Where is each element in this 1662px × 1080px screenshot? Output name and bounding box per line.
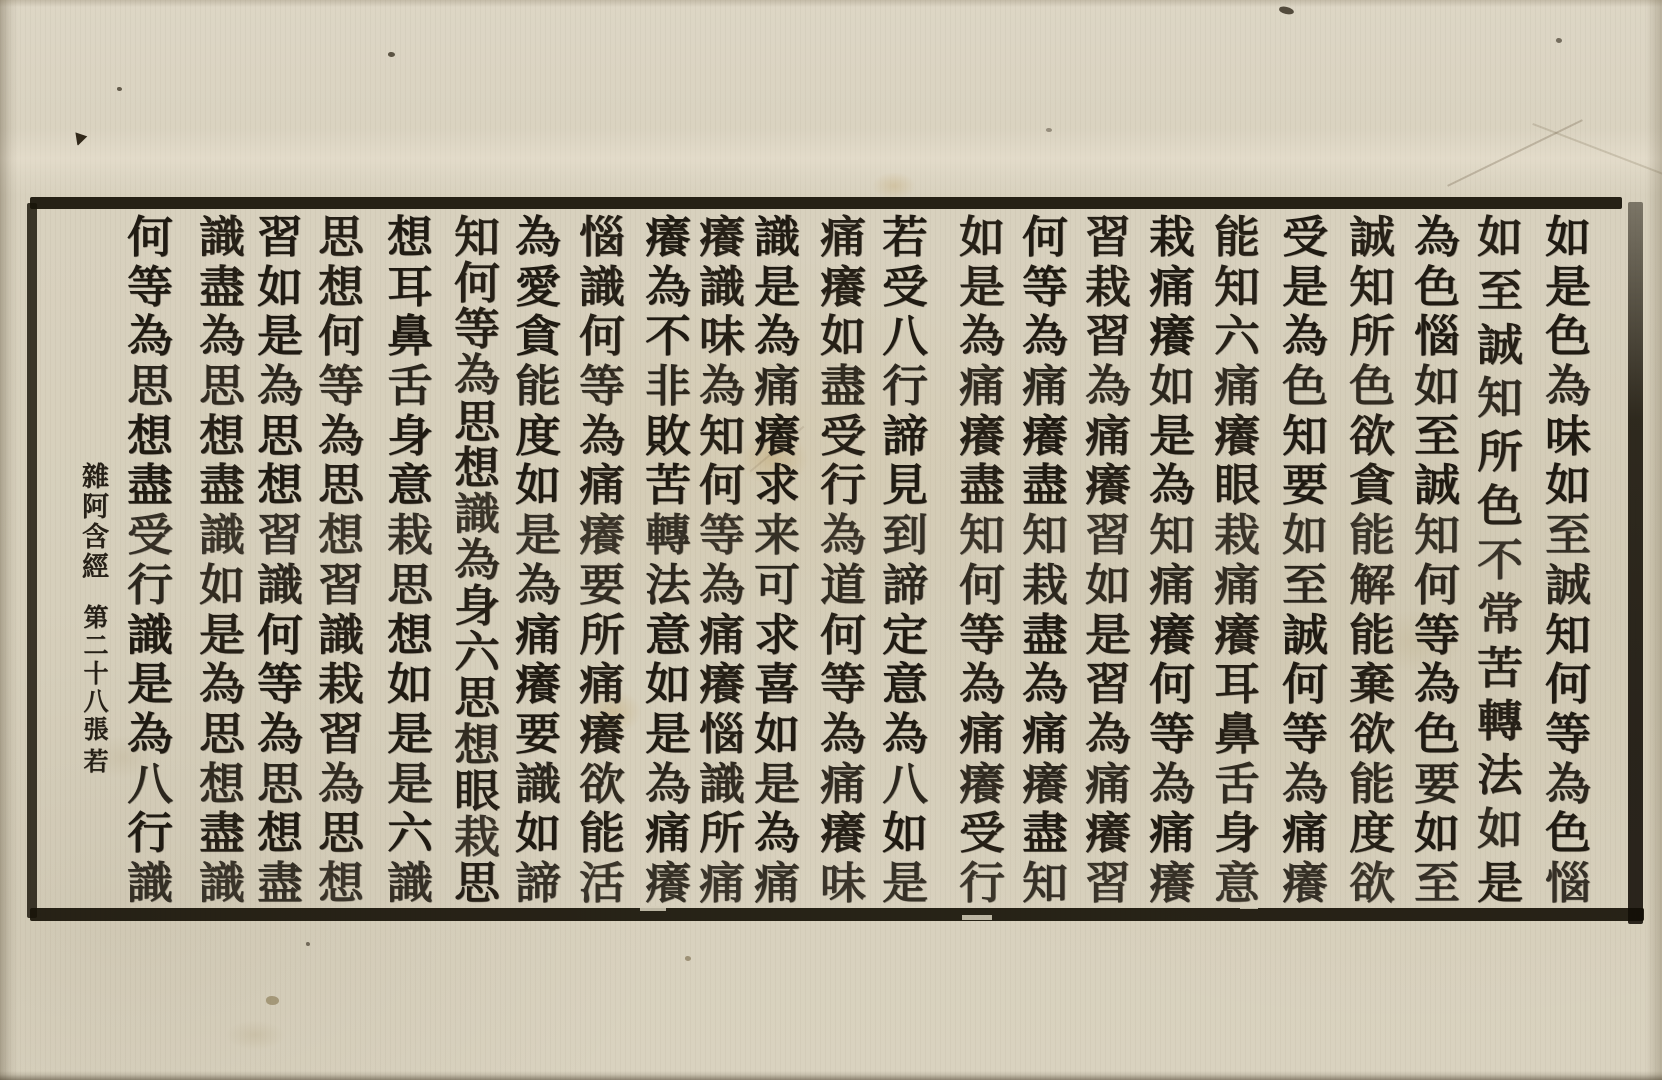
- glyph: 痛: [1085, 763, 1131, 807]
- glyph: 至: [1414, 862, 1460, 906]
- glyph: 苦: [1477, 647, 1523, 691]
- text-column-14: 癢識味為知何等為痛癢惱識所痛: [695, 216, 749, 906]
- glyph: 行: [882, 365, 928, 409]
- glyph: 習: [1085, 315, 1131, 359]
- glyph: 六: [387, 812, 433, 856]
- glyph: 痛: [645, 812, 691, 856]
- glyph: 痛: [579, 663, 625, 707]
- glyph: 舌: [387, 365, 433, 409]
- glyph: 如: [1545, 216, 1591, 260]
- glyph: 敗: [645, 415, 691, 459]
- glyph: 是: [1282, 266, 1328, 310]
- glyph: 為: [127, 713, 173, 757]
- glyph: 思: [318, 216, 364, 260]
- glyph: 為: [754, 812, 800, 856]
- sheet-number: 第二十八張: [72, 604, 112, 744]
- glyph: 何: [820, 614, 866, 658]
- glyph: 貪: [515, 315, 561, 359]
- glyph: 六: [1214, 315, 1260, 359]
- glyph: 為: [1545, 763, 1591, 807]
- glyph: 知: [1022, 862, 1068, 906]
- glyph: 如: [515, 464, 561, 508]
- glyph: 能: [579, 812, 625, 856]
- glyph: 行: [959, 862, 1005, 906]
- text-column-23: 何等為思想盡受行識是為八行識: [123, 216, 177, 906]
- glyph: 癢: [959, 763, 1005, 807]
- glyph: 為: [515, 216, 561, 260]
- glyph: 何: [1545, 663, 1591, 707]
- glyph: 等: [318, 365, 364, 409]
- glyph: 能: [515, 365, 561, 409]
- glyph: 為: [1414, 663, 1460, 707]
- glyph: 所: [699, 812, 745, 856]
- glyph: 色: [1477, 485, 1523, 529]
- glyph: 習: [1085, 514, 1131, 558]
- glyph: 想: [199, 415, 245, 459]
- glyph: 求: [754, 614, 800, 658]
- glyph: 為: [1149, 464, 1195, 508]
- glyph: 常: [1477, 593, 1523, 637]
- glyph: 為: [1282, 315, 1328, 359]
- glyph: 等: [959, 614, 1005, 658]
- glyph: 痛: [515, 614, 561, 658]
- glyph: 痛: [699, 614, 745, 658]
- glyph: 思: [454, 401, 500, 445]
- glyph: 為: [959, 663, 1005, 707]
- glyph: 痛: [699, 862, 745, 906]
- glyph: 為: [515, 564, 561, 608]
- glyph: 所: [579, 614, 625, 658]
- glyph: 如: [959, 216, 1005, 260]
- glyph: 至: [1414, 415, 1460, 459]
- glyph: 思: [454, 862, 500, 906]
- glyph: 惱: [1414, 315, 1460, 359]
- glyph: 為: [1085, 365, 1131, 409]
- glyph: 何: [1022, 216, 1068, 260]
- sutra-text-block: 如是色為味如至誠知何等為色惱如至誠知所色不常苦轉法如是為色惱如至誠知何等為色要如…: [0, 0, 1662, 1080]
- glyph: 習: [318, 564, 364, 608]
- ink-speck: [266, 996, 279, 1005]
- glyph: 是: [127, 663, 173, 707]
- glyph: 習: [1085, 862, 1131, 906]
- glyph: 欲: [1349, 862, 1395, 906]
- glyph: 癢: [820, 266, 866, 310]
- glyph: 想: [127, 415, 173, 459]
- glyph: 棄: [1349, 663, 1395, 707]
- glyph: 要: [515, 713, 561, 757]
- glyph: 盡: [127, 464, 173, 508]
- glyph: 癢: [1149, 315, 1195, 359]
- glyph: 等: [579, 365, 625, 409]
- glyph: 定: [882, 614, 928, 658]
- glyph: 非: [645, 365, 691, 409]
- glyph: 思: [257, 415, 303, 459]
- glyph: 如: [1149, 365, 1195, 409]
- glyph: 為: [882, 713, 928, 757]
- glyph: 要: [1414, 763, 1460, 807]
- glyph: 色: [1545, 812, 1591, 856]
- text-column-5: 受是為色知要如至誠何等為痛癢: [1278, 216, 1332, 906]
- glyph: 何: [1149, 663, 1195, 707]
- glyph: 盡: [199, 464, 245, 508]
- glyph: 為: [754, 315, 800, 359]
- glyph: 諦: [882, 415, 928, 459]
- glyph: 是: [515, 514, 561, 558]
- glyph: 識: [387, 862, 433, 906]
- glyph: 如: [387, 663, 433, 707]
- glyph: 痛: [754, 365, 800, 409]
- glyph: 等: [257, 663, 303, 707]
- text-column-16: 惱識何等為痛癢要所痛癢欲能活: [575, 216, 629, 906]
- glyph: 法: [645, 564, 691, 608]
- glyph: 何: [959, 564, 1005, 608]
- glyph: 欲: [579, 763, 625, 807]
- glyph: 知: [1282, 415, 1328, 459]
- glyph: 識: [754, 216, 800, 260]
- glyph: 意: [645, 614, 691, 658]
- glyph: 可: [754, 564, 800, 608]
- glyph: 盡: [1022, 464, 1068, 508]
- glyph: 轉: [645, 514, 691, 558]
- glyph: 色: [1414, 713, 1460, 757]
- glyph: 癢: [1149, 862, 1195, 906]
- glyph: 癢: [1022, 763, 1068, 807]
- glyph: 知: [1545, 614, 1591, 658]
- glyph: 誠: [1477, 324, 1523, 368]
- text-column-11: 若受八行諦見到諦定意為八如是: [878, 216, 932, 906]
- glyph: 盡: [820, 365, 866, 409]
- glyph: 痛: [1085, 415, 1131, 459]
- glyph: 為: [318, 763, 364, 807]
- text-column-19: 想耳鼻舌身意栽思想如是是六識: [383, 216, 437, 906]
- glyph: 如: [754, 713, 800, 757]
- glyph: 等: [1414, 614, 1460, 658]
- glyph: 如: [1414, 812, 1460, 856]
- glyph: 道: [820, 564, 866, 608]
- glyph: 行: [820, 464, 866, 508]
- glyph: 味: [820, 862, 866, 906]
- glyph: 身: [387, 415, 433, 459]
- glyph: 身: [1214, 812, 1260, 856]
- glyph: 行: [127, 564, 173, 608]
- glyph: 所: [1477, 431, 1523, 475]
- glyph: 是: [1477, 862, 1523, 906]
- glyph: 栽: [1085, 266, 1131, 310]
- glyph: 何: [127, 216, 173, 260]
- glyph: 如: [1085, 564, 1131, 608]
- glyph: 何: [699, 464, 745, 508]
- glyph: 為: [699, 564, 745, 608]
- glyph: 癢: [959, 415, 1005, 459]
- glyph: 鼻: [1214, 713, 1260, 757]
- glyph: 栽: [1214, 514, 1260, 558]
- glyph: 識: [515, 763, 561, 807]
- text-column-22: 識盡為思想盡識如是為思想盡識: [195, 216, 249, 906]
- text-column-9: 何等為痛癢盡知栽盡為痛癢盡知: [1018, 216, 1072, 906]
- glyph: 思: [127, 365, 173, 409]
- glyph: 思: [199, 713, 245, 757]
- glyph: 等: [1022, 266, 1068, 310]
- glyph: 如: [199, 564, 245, 608]
- glyph: 不: [645, 315, 691, 359]
- glyph: 誠: [1282, 614, 1328, 658]
- glyph: 何: [1414, 564, 1460, 608]
- text-column-10: 如是為痛癢盡知何等為痛癢受行: [955, 216, 1009, 906]
- glyph: 如: [1477, 216, 1523, 260]
- text-column-1: 如是色為味如至誠知何等為色惱: [1541, 216, 1595, 906]
- glyph: 何: [579, 315, 625, 359]
- glyph: 識: [127, 614, 173, 658]
- glyph: 是: [1149, 415, 1195, 459]
- glyph: 誠: [1545, 564, 1591, 608]
- glyph: 耳: [1214, 663, 1260, 707]
- glyph: 至: [1545, 514, 1591, 558]
- glyph: 誠: [1349, 216, 1395, 260]
- glyph: 耳: [387, 266, 433, 310]
- glyph: 栽: [1022, 564, 1068, 608]
- glyph: 惱: [1545, 862, 1591, 906]
- glyph: 癢: [699, 216, 745, 260]
- glyph: 是: [257, 315, 303, 359]
- glyph: 色: [1282, 365, 1328, 409]
- glyph: 癢: [1282, 862, 1328, 906]
- glyph: 色: [1545, 315, 1591, 359]
- glyph: 癢: [579, 514, 625, 558]
- glyph: 痛: [1149, 266, 1195, 310]
- glyph: 至: [1477, 270, 1523, 314]
- glyph: 貪: [1349, 464, 1395, 508]
- glyph: 行: [127, 812, 173, 856]
- text-column-7: 栽痛癢如是為知痛癢何等為痛癢: [1145, 216, 1199, 906]
- glyph: 如: [515, 812, 561, 856]
- glyph: 為: [645, 763, 691, 807]
- glyph: 痛: [1022, 365, 1068, 409]
- glyph: 知: [1349, 266, 1395, 310]
- glyph: 色: [1349, 365, 1395, 409]
- glyph: 盡: [257, 862, 303, 906]
- glyph: 識: [199, 514, 245, 558]
- glyph: 識: [127, 862, 173, 906]
- ink-speck: [388, 52, 395, 57]
- ink-speck: [685, 956, 691, 961]
- text-column-20: 思想何等為思想習識栽習為思想: [314, 216, 368, 906]
- glyph: 受: [820, 415, 866, 459]
- glyph: 是: [754, 266, 800, 310]
- glyph: 身: [454, 585, 500, 629]
- glyph: 是: [959, 266, 1005, 310]
- glyph: 痛: [1214, 365, 1260, 409]
- glyph: 要: [579, 564, 625, 608]
- glyph: 八: [882, 763, 928, 807]
- glyph: 是: [1545, 266, 1591, 310]
- glyph: 想: [454, 447, 500, 491]
- ink-speck: [306, 942, 310, 946]
- glyph: 識: [199, 216, 245, 260]
- glyph: 癢: [1085, 464, 1131, 508]
- glyph: 盡: [199, 812, 245, 856]
- glyph: 想: [257, 464, 303, 508]
- glyph: 不: [1477, 539, 1523, 583]
- ink-speck: [1556, 38, 1562, 43]
- text-column-12: 痛癢如盡受行為道何等為痛癢味: [816, 216, 870, 906]
- glyph: 能: [1214, 216, 1260, 260]
- glyph: 盡: [1022, 614, 1068, 658]
- glyph: 度: [1349, 812, 1395, 856]
- glyph: 見: [882, 464, 928, 508]
- glyph: 知: [454, 216, 500, 260]
- glyph: 為: [1085, 713, 1131, 757]
- text-column-4: 誠知所色欲貪能解能棄欲能度欲: [1345, 216, 1399, 906]
- glyph: 味: [1545, 415, 1591, 459]
- glyph: 癢: [699, 663, 745, 707]
- text-column-8: 習栽習為痛癢習如是習為痛癢習: [1081, 216, 1135, 906]
- glyph: 活: [579, 862, 625, 906]
- glyph: 等: [127, 266, 173, 310]
- glyph: 想: [318, 266, 364, 310]
- glyph: 轉: [1477, 700, 1523, 744]
- text-column-2: 如至誠知所色不常苦轉法如是: [1473, 216, 1527, 906]
- text-column-15: 癢為不非敗苦轉法意如是為痛癢: [641, 216, 695, 906]
- glyph: 是: [387, 763, 433, 807]
- glyph: 栽: [1149, 216, 1195, 260]
- glyph: 眼: [454, 770, 500, 814]
- glyph: 諦: [515, 862, 561, 906]
- glyph: 痛: [754, 862, 800, 906]
- glyph: 舌: [1214, 763, 1260, 807]
- glyph: 八: [882, 315, 928, 359]
- glyph: 等: [454, 308, 500, 352]
- glyph: 栽: [454, 816, 500, 860]
- glyph: 想: [387, 614, 433, 658]
- text-column-6: 能知六痛癢眼栽痛癢耳鼻舌身意: [1210, 216, 1264, 906]
- glyph: 想: [318, 514, 364, 558]
- glyph: 誠: [1414, 464, 1460, 508]
- glyph: 栽: [387, 514, 433, 558]
- glyph: 惱: [579, 216, 625, 260]
- glyph: 是: [882, 862, 928, 906]
- glyph: 受: [127, 514, 173, 558]
- glyph: 如: [1477, 808, 1523, 852]
- glyph: 知: [1022, 514, 1068, 558]
- glyph: 知: [1214, 266, 1260, 310]
- glyph: 盡: [1022, 812, 1068, 856]
- case-mark: 若: [72, 748, 112, 776]
- glyph: 若: [882, 216, 928, 260]
- glyph: 為: [959, 315, 1005, 359]
- glyph: 度: [515, 415, 561, 459]
- glyph: 習: [257, 514, 303, 558]
- glyph: 能: [1349, 763, 1395, 807]
- glyph: 想: [454, 724, 500, 768]
- glyph: 識: [454, 493, 500, 537]
- glyph: 為: [645, 266, 691, 310]
- glyph: 所: [1349, 315, 1395, 359]
- glyph: 想: [199, 763, 245, 807]
- glyph: 痛: [1149, 564, 1195, 608]
- glyph: 識: [699, 763, 745, 807]
- glyph: 意: [1214, 862, 1260, 906]
- glyph: 是: [387, 713, 433, 757]
- glyph: 痛: [1022, 713, 1068, 757]
- glyph: 意: [387, 464, 433, 508]
- glyph: 如: [645, 663, 691, 707]
- ink-speck: [117, 87, 122, 91]
- glyph: 痛: [1214, 564, 1260, 608]
- glyph: 如: [820, 315, 866, 359]
- glyph: 為: [1282, 763, 1328, 807]
- glyph: 等: [1545, 713, 1591, 757]
- glyph: 何: [1282, 663, 1328, 707]
- text-column-18: 知何等為思想識為身六思想眼栽思: [450, 216, 504, 906]
- glyph: 苦: [645, 464, 691, 508]
- glyph: 思: [257, 763, 303, 807]
- glyph: 知: [1414, 514, 1460, 558]
- glyph: 欲: [1349, 415, 1395, 459]
- glyph: 思: [454, 677, 500, 721]
- glyph: 如: [1545, 464, 1591, 508]
- text-column-17: 為愛貪能度如是為痛癢要識如諦: [511, 216, 565, 906]
- glyph: 癢: [820, 812, 866, 856]
- glyph: 盡: [199, 266, 245, 310]
- glyph: 是: [754, 763, 800, 807]
- glyph: 癢: [1214, 415, 1260, 459]
- glyph: 癢: [1214, 614, 1260, 658]
- glyph: 識: [699, 266, 745, 310]
- glyph: 痛: [959, 365, 1005, 409]
- glyph: 受: [882, 266, 928, 310]
- text-column-13: 識是為痛癢求来可求喜如是為痛: [750, 216, 804, 906]
- glyph: 味: [699, 315, 745, 359]
- glyph: 思: [318, 464, 364, 508]
- glyph: 識: [318, 614, 364, 658]
- glyph: 受: [1282, 216, 1328, 260]
- glyph: 習: [1085, 663, 1131, 707]
- ink-speck: [1046, 128, 1052, 132]
- glyph: 想: [257, 812, 303, 856]
- glyph: 等: [699, 514, 745, 558]
- glyph: 痛: [1282, 812, 1328, 856]
- glyph: 癢: [1022, 415, 1068, 459]
- glyph: 為: [1022, 663, 1068, 707]
- glyph: 如: [257, 266, 303, 310]
- glyph: 如: [1282, 514, 1328, 558]
- glyph: 癢: [645, 862, 691, 906]
- glyph: 思: [387, 564, 433, 608]
- glyph: 何: [318, 315, 364, 359]
- glyph: 癢: [579, 713, 625, 757]
- glyph: 思: [318, 812, 364, 856]
- glyph: 為: [1545, 365, 1591, 409]
- glyph: 能: [1349, 514, 1395, 558]
- glyph: 習: [318, 713, 364, 757]
- text-column-21: 習如是為思想習識何等為思想盡: [253, 216, 307, 906]
- glyph: 痛: [1149, 812, 1195, 856]
- glyph: 為: [1022, 315, 1068, 359]
- glyph: 為: [454, 354, 500, 398]
- glyph: 癢: [515, 663, 561, 707]
- glyph: 痛: [579, 464, 625, 508]
- glyph: 八: [127, 763, 173, 807]
- glyph: 為: [1149, 763, 1195, 807]
- glyph: 知: [1149, 514, 1195, 558]
- glyph: 求: [754, 464, 800, 508]
- text-column-3: 為色惱如至誠知何等為色要如至: [1410, 216, 1464, 906]
- glyph: 何: [454, 262, 500, 306]
- glyph: 為: [579, 415, 625, 459]
- glyph: 至: [1282, 564, 1328, 608]
- glyph: 知: [1477, 377, 1523, 421]
- glyph: 痛: [820, 763, 866, 807]
